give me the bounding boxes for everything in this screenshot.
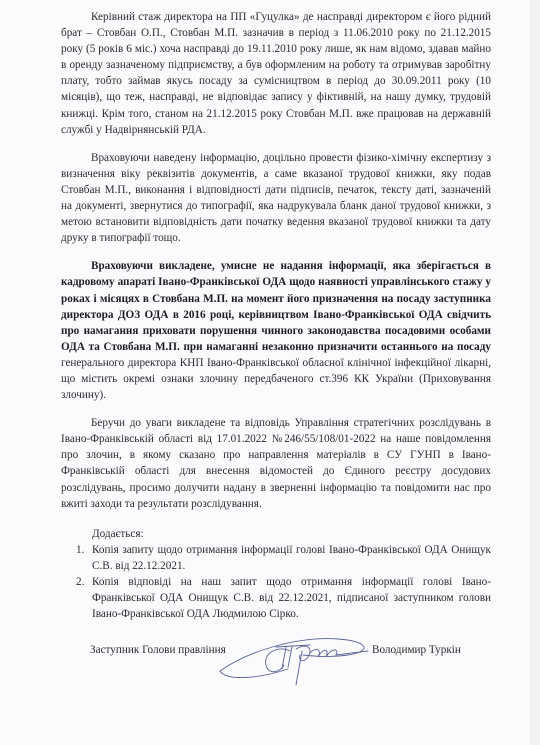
annex-item-number: 2. [76,574,84,590]
annex-list: 1. Копія запиту щодо отримання інформаці… [61,542,491,622]
signatory-position: Заступник Голови правління [90,644,226,656]
paragraph-expertise-proposal: Враховуючи наведену інформацію, доцільно… [61,150,491,247]
annex-item-text: Копія запиту щодо отримання інформації г… [92,544,491,572]
annex-title: Додається: [92,526,491,542]
paragraph-management-experience: Керівний стаж директора на ПП «Гуцулка» … [61,9,491,138]
document-body: Керівний стаж директора на ПП «Гуцулка» … [61,9,491,622]
annex-item: 2. Копія відповіді на наш запит щодо отр… [92,574,491,622]
conclusion-regular-text: генерального директора КНП Івано-Франків… [61,357,491,401]
paragraph-request: Беручи до уваги викладене та відповідь У… [61,415,491,512]
annex-item: 1. Копія запиту щодо отримання інформаці… [92,542,491,574]
conclusion-bold-text: Враховуючи викладене, умисне не надання … [61,260,491,352]
paragraph-conclusion: Враховуючи викладене, умисне не надання … [61,258,491,403]
signature-block: Заступник Голови правління Володимир Тур… [0,631,530,691]
signatory-name: Володимир Туркін [372,644,461,656]
annex-item-number: 1. [76,542,84,558]
handwritten-signature-icon [218,631,378,691]
annex-item-text: Копія відповіді на наш запит щодо отрима… [92,576,491,620]
document-page: Керівний стаж директора на ПП «Гуцулка» … [0,0,530,745]
